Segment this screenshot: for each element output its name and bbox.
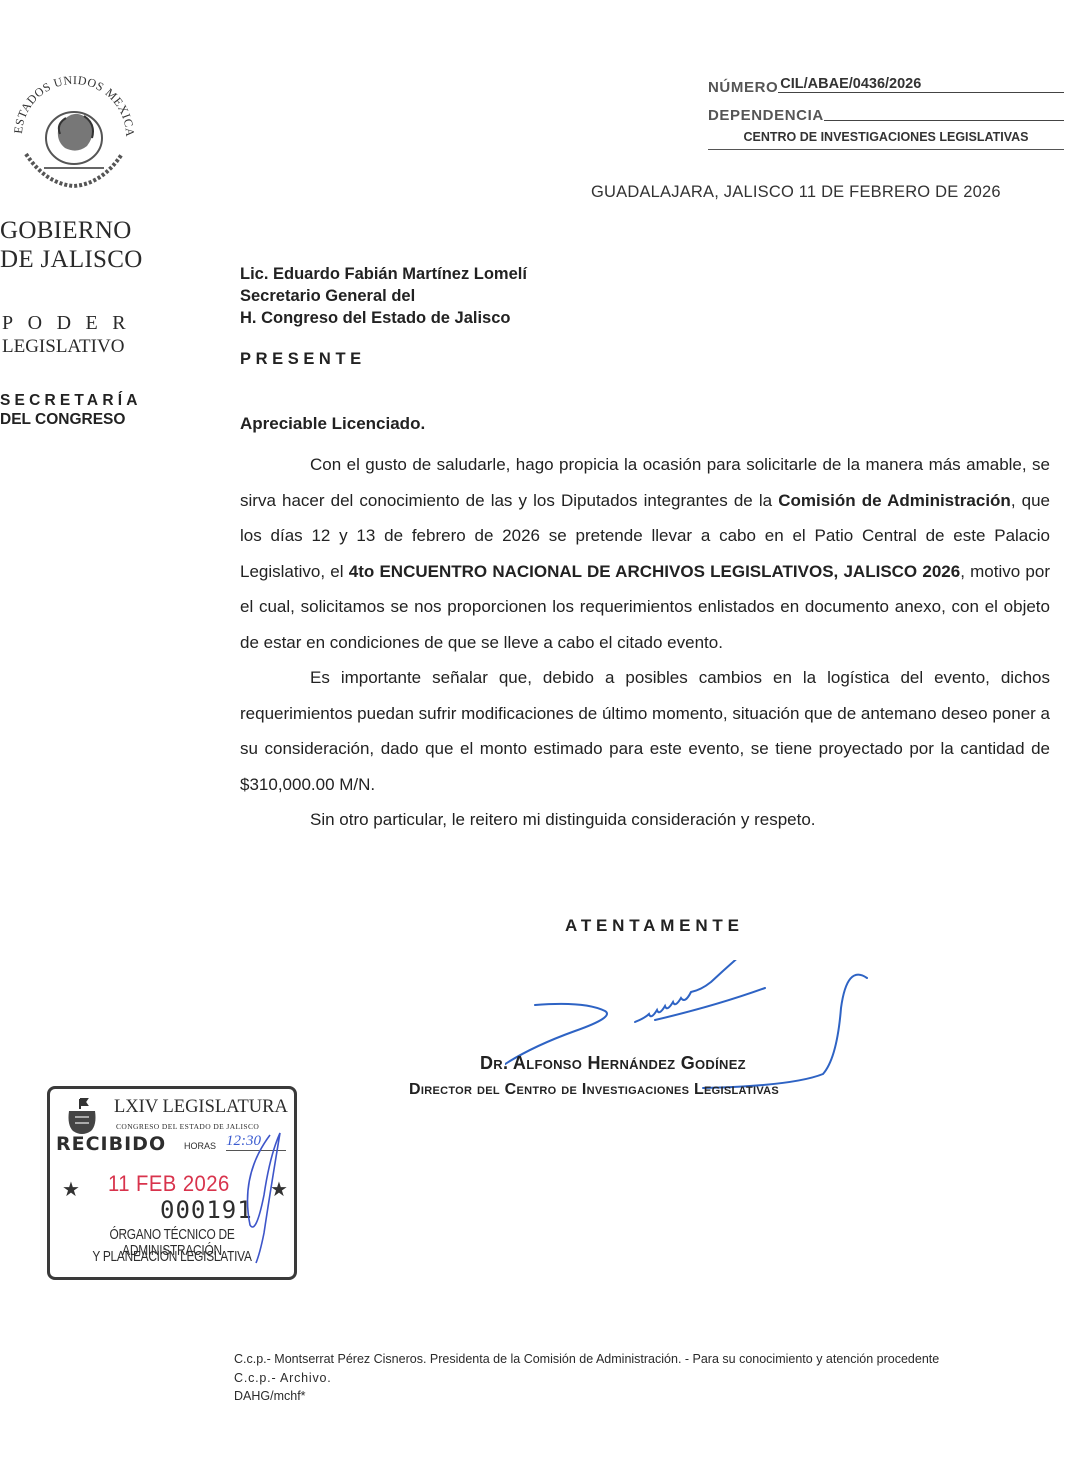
gov-line-1: GOBIERNO — [0, 216, 143, 245]
dependencia-value: CENTRO DE INVESTIGACIONES LEGISLATIVAS — [708, 124, 1064, 150]
document-reference-block: NÚMERO CIL/ABAE/0436/2026 DEPENDENCIA CE… — [708, 72, 1064, 150]
reception-stamp: LXIV LEGISLATURA CONGRESO DEL ESTADO DE … — [47, 1086, 297, 1280]
addressee-name: Lic. Eduardo Fabián Martínez Lomelí — [240, 263, 527, 285]
numero-label: NÚMERO — [708, 79, 778, 96]
national-coat-of-arms-icon: ESTADOS UNIDOS MEXICANOS — [4, 58, 144, 198]
presente-label: PRESENTE — [240, 350, 366, 369]
secretaria-line-1: SECRETARÍA — [0, 391, 142, 410]
closing-atentamente: ATENTAMENTE — [565, 916, 744, 936]
p1-bold-commission: Comisión de Administración — [778, 491, 1011, 510]
dependencia-label: DEPENDENCIA — [708, 107, 824, 124]
gov-line-2: DE JALISCO — [0, 245, 143, 274]
stamp-folio: 000191 — [160, 1196, 253, 1224]
star-icon: ★ — [62, 1177, 80, 1202]
addressee-title-2: H. Congreso del Estado de Jalisco — [240, 307, 527, 329]
stamp-recibido: RECIBIDO — [56, 1133, 166, 1155]
cc-line-2: C.c.p.- Archivo. — [234, 1369, 1034, 1388]
cc-line-3: DAHG/mchf* — [234, 1387, 1034, 1406]
carbon-copy-block: C.c.p.- Montserrat Pérez Cisneros. Presi… — [234, 1350, 1034, 1406]
paragraph-3: Sin otro particular, le reitero mi disti… — [240, 802, 1050, 838]
poder-legislativo-heading: PODER LEGISLATIVO — [2, 312, 140, 358]
place-date: GUADALAJARA, JALISCO 11 DE FEBRERO DE 20… — [591, 183, 1001, 202]
signer-name: Dr. Alfonso Hernández Godínez — [480, 1053, 746, 1074]
dependencia-row: DEPENDENCIA — [708, 100, 1064, 124]
jalisco-emblem-icon — [64, 1097, 100, 1137]
letter-body: Apreciable Licenciado. Con el gusto de s… — [240, 414, 1050, 838]
numero-value: CIL/ABAE/0436/2026 — [778, 76, 923, 93]
dependencia-underline — [824, 117, 1064, 121]
secretaria-line-2: DEL CONGRESO — [0, 410, 142, 429]
paragraph-2: Es importante señalar que, debido a posi… — [240, 660, 1050, 802]
p1-bold-event: 4to ENCUENTRO NACIONAL DE ARCHIVOS LEGIS… — [349, 562, 960, 581]
paragraph-1: Con el gusto de saludarle, hago propicia… — [240, 447, 1050, 660]
stamp-congreso: CONGRESO DEL ESTADO DE JALISCO — [116, 1122, 259, 1131]
poder-line-2: LEGISLATIVO — [2, 335, 140, 358]
gobierno-jalisco-heading: GOBIERNO DE JALISCO — [0, 216, 143, 274]
greeting: Apreciable Licenciado. — [240, 414, 1050, 434]
initials-scribble-icon — [240, 1129, 290, 1269]
signer-title: Director del Centro de Investigaciones L… — [409, 1081, 779, 1099]
numero-row: NÚMERO CIL/ABAE/0436/2026 — [708, 72, 1064, 96]
stamp-date: 11 FEB 2026 — [108, 1171, 230, 1197]
cc-line-1: C.c.p.- Montserrat Pérez Cisneros. Presi… — [234, 1350, 1034, 1369]
stamp-legislatura: LXIV LEGISLATURA — [114, 1097, 288, 1118]
numero-underline — [923, 89, 1064, 93]
secretaria-congreso-heading: SECRETARÍA DEL CONGRESO — [0, 391, 142, 429]
addressee-block: Lic. Eduardo Fabián Martínez Lomelí Secr… — [240, 263, 527, 329]
stamp-horas-label: HORAS — [184, 1141, 216, 1151]
poder-line-1: PODER — [2, 312, 140, 335]
addressee-title-1: Secretario General del — [240, 285, 527, 307]
